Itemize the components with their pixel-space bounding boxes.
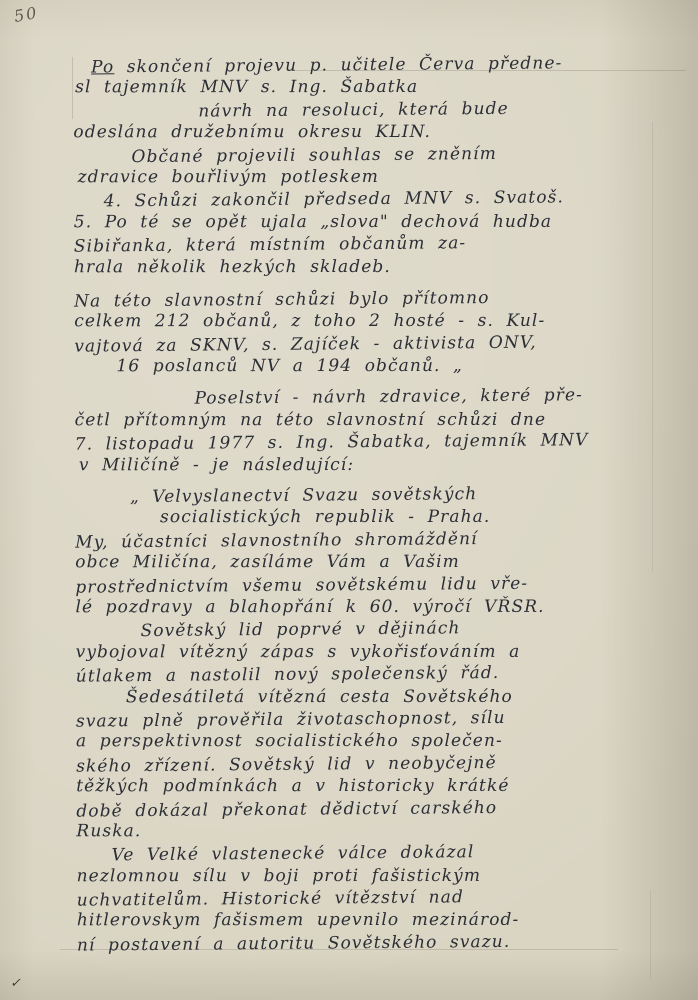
- handwritten-line: Ve Velké vlastenecké válce dokázal: [76, 840, 681, 868]
- handwritten-line: nezlomnou sílu v boji proti fašistickým: [77, 864, 682, 887]
- handwritten-line: době dokázal překonat dědictví carského: [76, 795, 681, 823]
- handwritten-line: Poselství - návrh zdravice, které pře-: [74, 384, 679, 412]
- handwritten-line: 16 poslanců NV a 194 občanů. „: [74, 355, 679, 378]
- handwritten-line: Ruska.: [76, 820, 681, 843]
- handwritten-line: návrh na resoluci, která bude: [73, 96, 678, 124]
- handwriting-block: Po skončení projevu p. učitele Červa pře…: [73, 53, 682, 956]
- handwritten-line: vajtová za SKNV, s. Zajíček - aktivista …: [74, 330, 679, 358]
- page-number: 50: [13, 3, 40, 26]
- handwritten-line: útlakem a nastolil nový společenský řád.: [76, 661, 681, 689]
- handwritten-line: těžkých podmínkách a v historicky krátké: [76, 775, 681, 798]
- handwritten-line: Občané projevili souhlas se zněním: [73, 141, 678, 169]
- handwritten-line: vybojoval vítězný zápas s vykořisťováním…: [76, 641, 681, 664]
- handwritten-line: hrala několik hezkých skladeb.: [74, 255, 679, 278]
- handwritten-line: v Miličíně - je následující:: [75, 453, 680, 476]
- handwritten-line: hitlerovskym fašismem upevnilo mezinárod…: [77, 909, 682, 932]
- handwritten-line: Šedesátiletá vítězná cesta Sovětského: [76, 685, 681, 708]
- handwritten-line: a perspektivnost socialistického společe…: [76, 730, 681, 753]
- handwritten-line: 4. Schůzi zakončil předseda MNV s. Svato…: [74, 186, 679, 214]
- check-mark: ✓: [10, 976, 21, 991]
- handwritten-line: Sibiřanka, která místním občanům za-: [74, 230, 679, 258]
- handwritten-line: 7. listopadu 1977 s. Ing. Šabatka, tajem…: [75, 429, 680, 457]
- handwritten-line: Na této slavnostní schůzi bylo přítomno: [74, 285, 679, 313]
- handwritten-line: My, účastníci slavnostního shromáždění: [75, 526, 680, 554]
- handwritten-line: četl přítomným na této slavnostní schůzi…: [75, 409, 680, 432]
- handwritten-line: Sovětský lid poprvé v dějinách: [75, 616, 680, 644]
- handwritten-line: ní postavení a autoritu Sovětského svazu…: [77, 929, 682, 957]
- chronicle-page: 50 Po skončení projevu p. učitele Červa …: [0, 0, 698, 1000]
- handwritten-line: celkem 212 občanů, z toho 2 hosté - s. K…: [74, 310, 679, 333]
- handwritten-line: obce Miličína, zasíláme Vám a Vašim: [75, 551, 680, 574]
- handwritten-line: 5. Po té se opět ujala „slova" dechová h…: [74, 210, 679, 233]
- handwritten-line: ského zřízení. Sovětský lid v neobyčejně: [76, 750, 681, 778]
- handwritten-line: socialistických republik - Praha.: [75, 506, 680, 529]
- underlined-word: Po: [91, 57, 114, 77]
- handwritten-line: odeslána družebnímu okresu KLIN.: [73, 121, 678, 144]
- handwritten-line: prostřednictvím všemu sovětskému lidu vř…: [75, 571, 680, 599]
- handwritten-line: sl tajemník MNV s. Ing. Šabatka: [73, 76, 678, 99]
